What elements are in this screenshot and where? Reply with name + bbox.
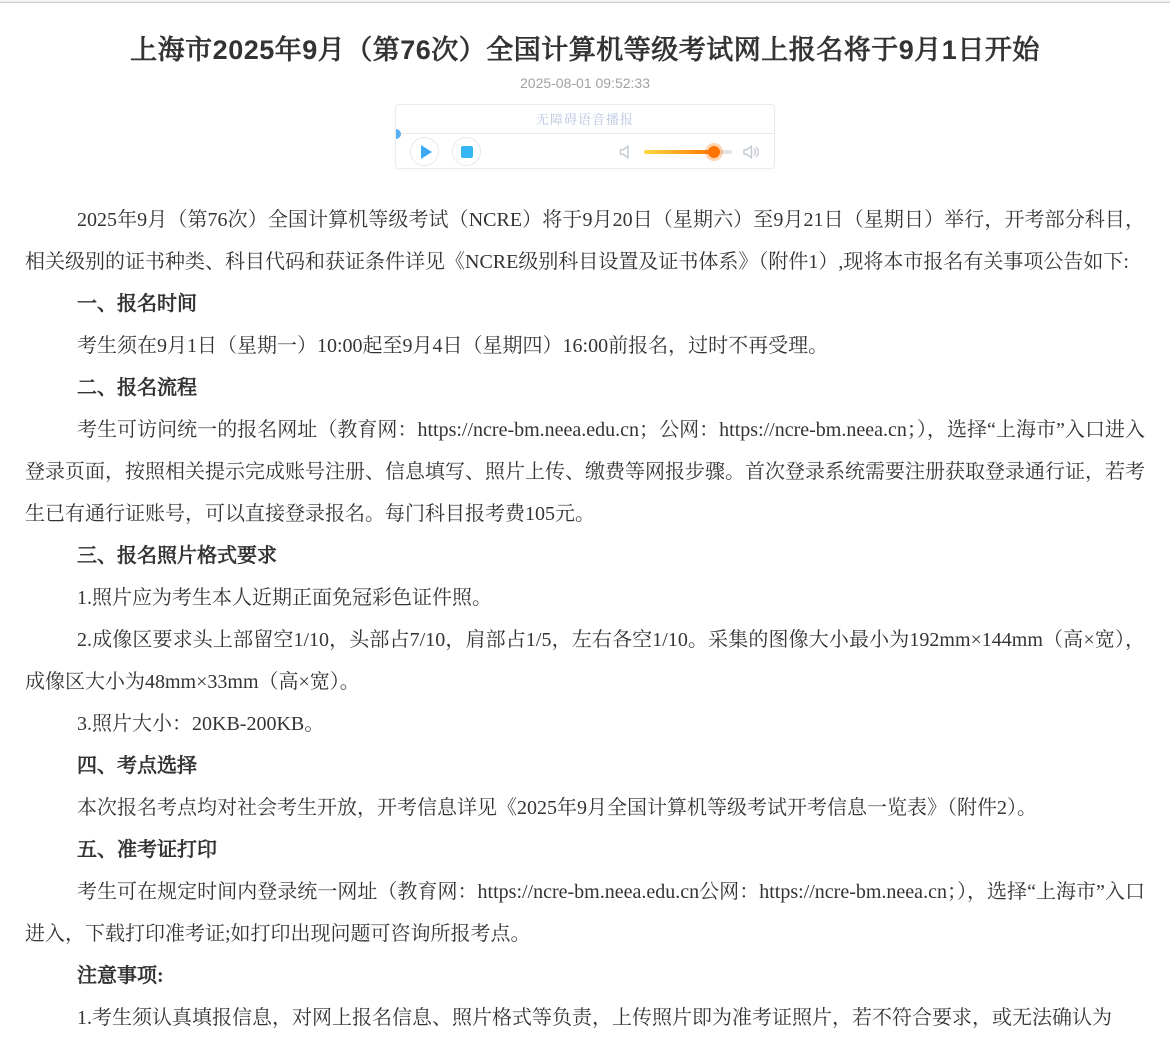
section-heading-1: 一、报名时间	[25, 283, 1145, 325]
paragraph-admission-ticket: 考生可在规定时间内登录统一网址（教育网：https://ncre-bm.neea…	[25, 871, 1145, 955]
paragraph-intro: 2025年9月（第76次）全国计算机等级考试（NCRE）将于9月20日（星期六）…	[25, 199, 1145, 283]
player-header: 无障碍语音播报	[396, 105, 774, 134]
accessibility-audio-player: 无障碍语音播报	[395, 104, 775, 169]
paragraph-photo-1: 1.照片应为考生本人近期正面免冠彩色证件照。	[25, 577, 1145, 619]
stop-icon	[461, 146, 473, 158]
section-heading-2: 二、报名流程	[25, 367, 1145, 409]
player-controls	[396, 134, 774, 169]
volume-control	[618, 144, 760, 160]
section-heading-4: 四、考点选择	[25, 745, 1145, 787]
paragraph-sites: 本次报名考点均对社会考生开放，开考信息详见《2025年9月全国计算机等级考试开考…	[25, 787, 1145, 829]
player-title: 无障碍语音播报	[536, 112, 634, 127]
page-top-divider	[0, 0, 1170, 3]
play-button[interactable]	[410, 137, 439, 166]
publish-timestamp: 2025-08-01 09:52:33	[0, 75, 1170, 91]
volume-high-icon	[742, 144, 760, 160]
notes-heading: 注意事项:	[25, 955, 1145, 997]
play-icon	[421, 145, 432, 159]
paragraph-note-1: 1.考生须认真填报信息，对网上报名信息、照片格式等负责，上传照片即为准考证照片，…	[25, 997, 1145, 1039]
paragraph-time: 考生须在9月1日（星期一）10:00起至9月4日（星期四）16:00前报名，过时…	[25, 325, 1145, 367]
stop-button[interactable]	[452, 137, 481, 166]
volume-fill	[644, 150, 714, 154]
paragraph-photo-3: 3.照片大小：20KB-200KB。	[25, 703, 1145, 745]
volume-slider[interactable]	[644, 150, 732, 154]
announcement-body: 2025年9月（第76次）全国计算机等级考试（NCRE）将于9月20日（星期六）…	[0, 199, 1170, 1039]
section-heading-5: 五、准考证打印	[25, 829, 1145, 871]
page-title: 上海市2025年9月（第76次）全国计算机等级考试网上报名将于9月1日开始	[0, 28, 1170, 67]
volume-low-icon	[618, 144, 634, 160]
paragraph-procedure: 考生可访问统一的报名网址（教育网：https://ncre-bm.neea.ed…	[25, 409, 1145, 535]
paragraph-photo-2: 2.成像区要求头上部留空1/10，头部占7/10，肩部占1/5，左右各空1/10…	[25, 619, 1145, 703]
section-heading-3: 三、报名照片格式要求	[25, 535, 1145, 577]
volume-handle[interactable]	[708, 146, 720, 158]
